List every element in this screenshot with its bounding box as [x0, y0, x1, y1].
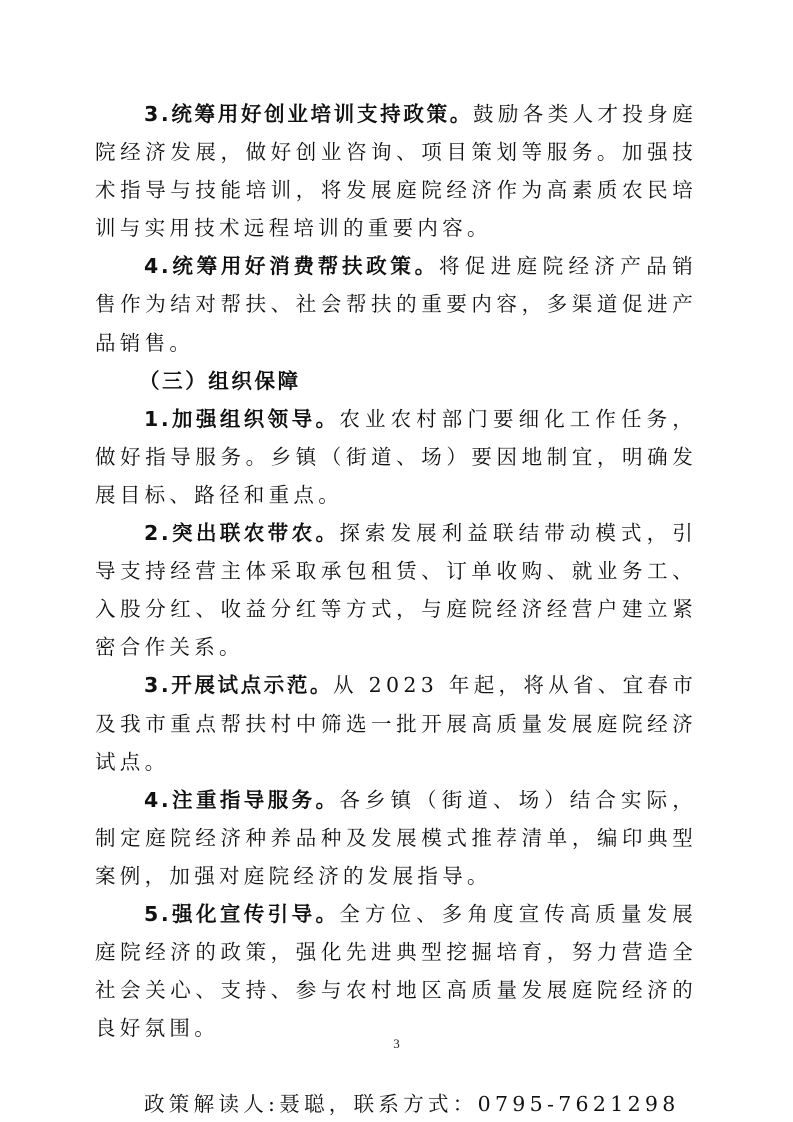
paragraph-lead: 5.强化宣传引导。	[144, 902, 339, 926]
blank-line	[95, 1047, 697, 1085]
paragraph-lead: 2.突出联农带农。	[144, 521, 339, 545]
paragraph-guidance-services: 4.注重指导服务。各乡镇（街道、场）结合实际，制定庭院经济种养品种及发展模式推荐…	[95, 781, 697, 895]
paragraph-publicity-guidance: 5.强化宣传引导。全方位、多角度宣传高质量发展庭院经济的政策，强化先进典型挖掘培…	[95, 895, 697, 1047]
section-heading: （三）组织保障	[95, 362, 697, 400]
paragraph-lead: 4.统筹用好消费帮扶政策。	[144, 254, 439, 278]
paragraph-consumption-assistance: 4.统筹用好消费帮扶政策。将促进庭院经济产品销售作为结对帮扶、社会帮扶的重要内容…	[95, 247, 697, 361]
paragraph-pilot-demonstration: 3.开展试点示范。从 2023 年起，将从省、宜春市及我市重点帮扶村中筛选一批开…	[95, 666, 697, 780]
paragraph-entrepreneurship-training: 3.统筹用好创业培训支持政策。鼓励各类人才投身庭院经济发展，做好创业咨询、项目策…	[95, 95, 697, 247]
document-body: 3.统筹用好创业培训支持政策。鼓励各类人才投身庭院经济发展，做好创业咨询、项目策…	[95, 95, 697, 1122]
paragraph-farmer-linkage: 2.突出联农带农。探索发展利益联结带动模式，引导支持经营主体采取承包租赁、订单收…	[95, 514, 697, 666]
page-number: 3	[0, 1036, 793, 1052]
paragraph-lead: 3.统筹用好创业培训支持政策。	[144, 102, 473, 126]
paragraph-organization-leadership: 1.加强组织领导。农业农村部门要细化工作任务，做好指导服务。乡镇（街道、场）要因…	[95, 400, 697, 514]
paragraph-lead: 3.开展试点示范。	[144, 673, 333, 697]
paragraph-lead: 1.加强组织领导。	[144, 407, 339, 431]
paragraph-lead: 4.注重指导服务。	[144, 788, 339, 812]
document-page: 3.统筹用好创业培训支持政策。鼓励各类人才投身庭院经济发展，做好创业咨询、项目策…	[0, 0, 793, 1122]
contact-line: 政策解读人:聂聪，联系方式：0795-7621298	[95, 1085, 697, 1122]
